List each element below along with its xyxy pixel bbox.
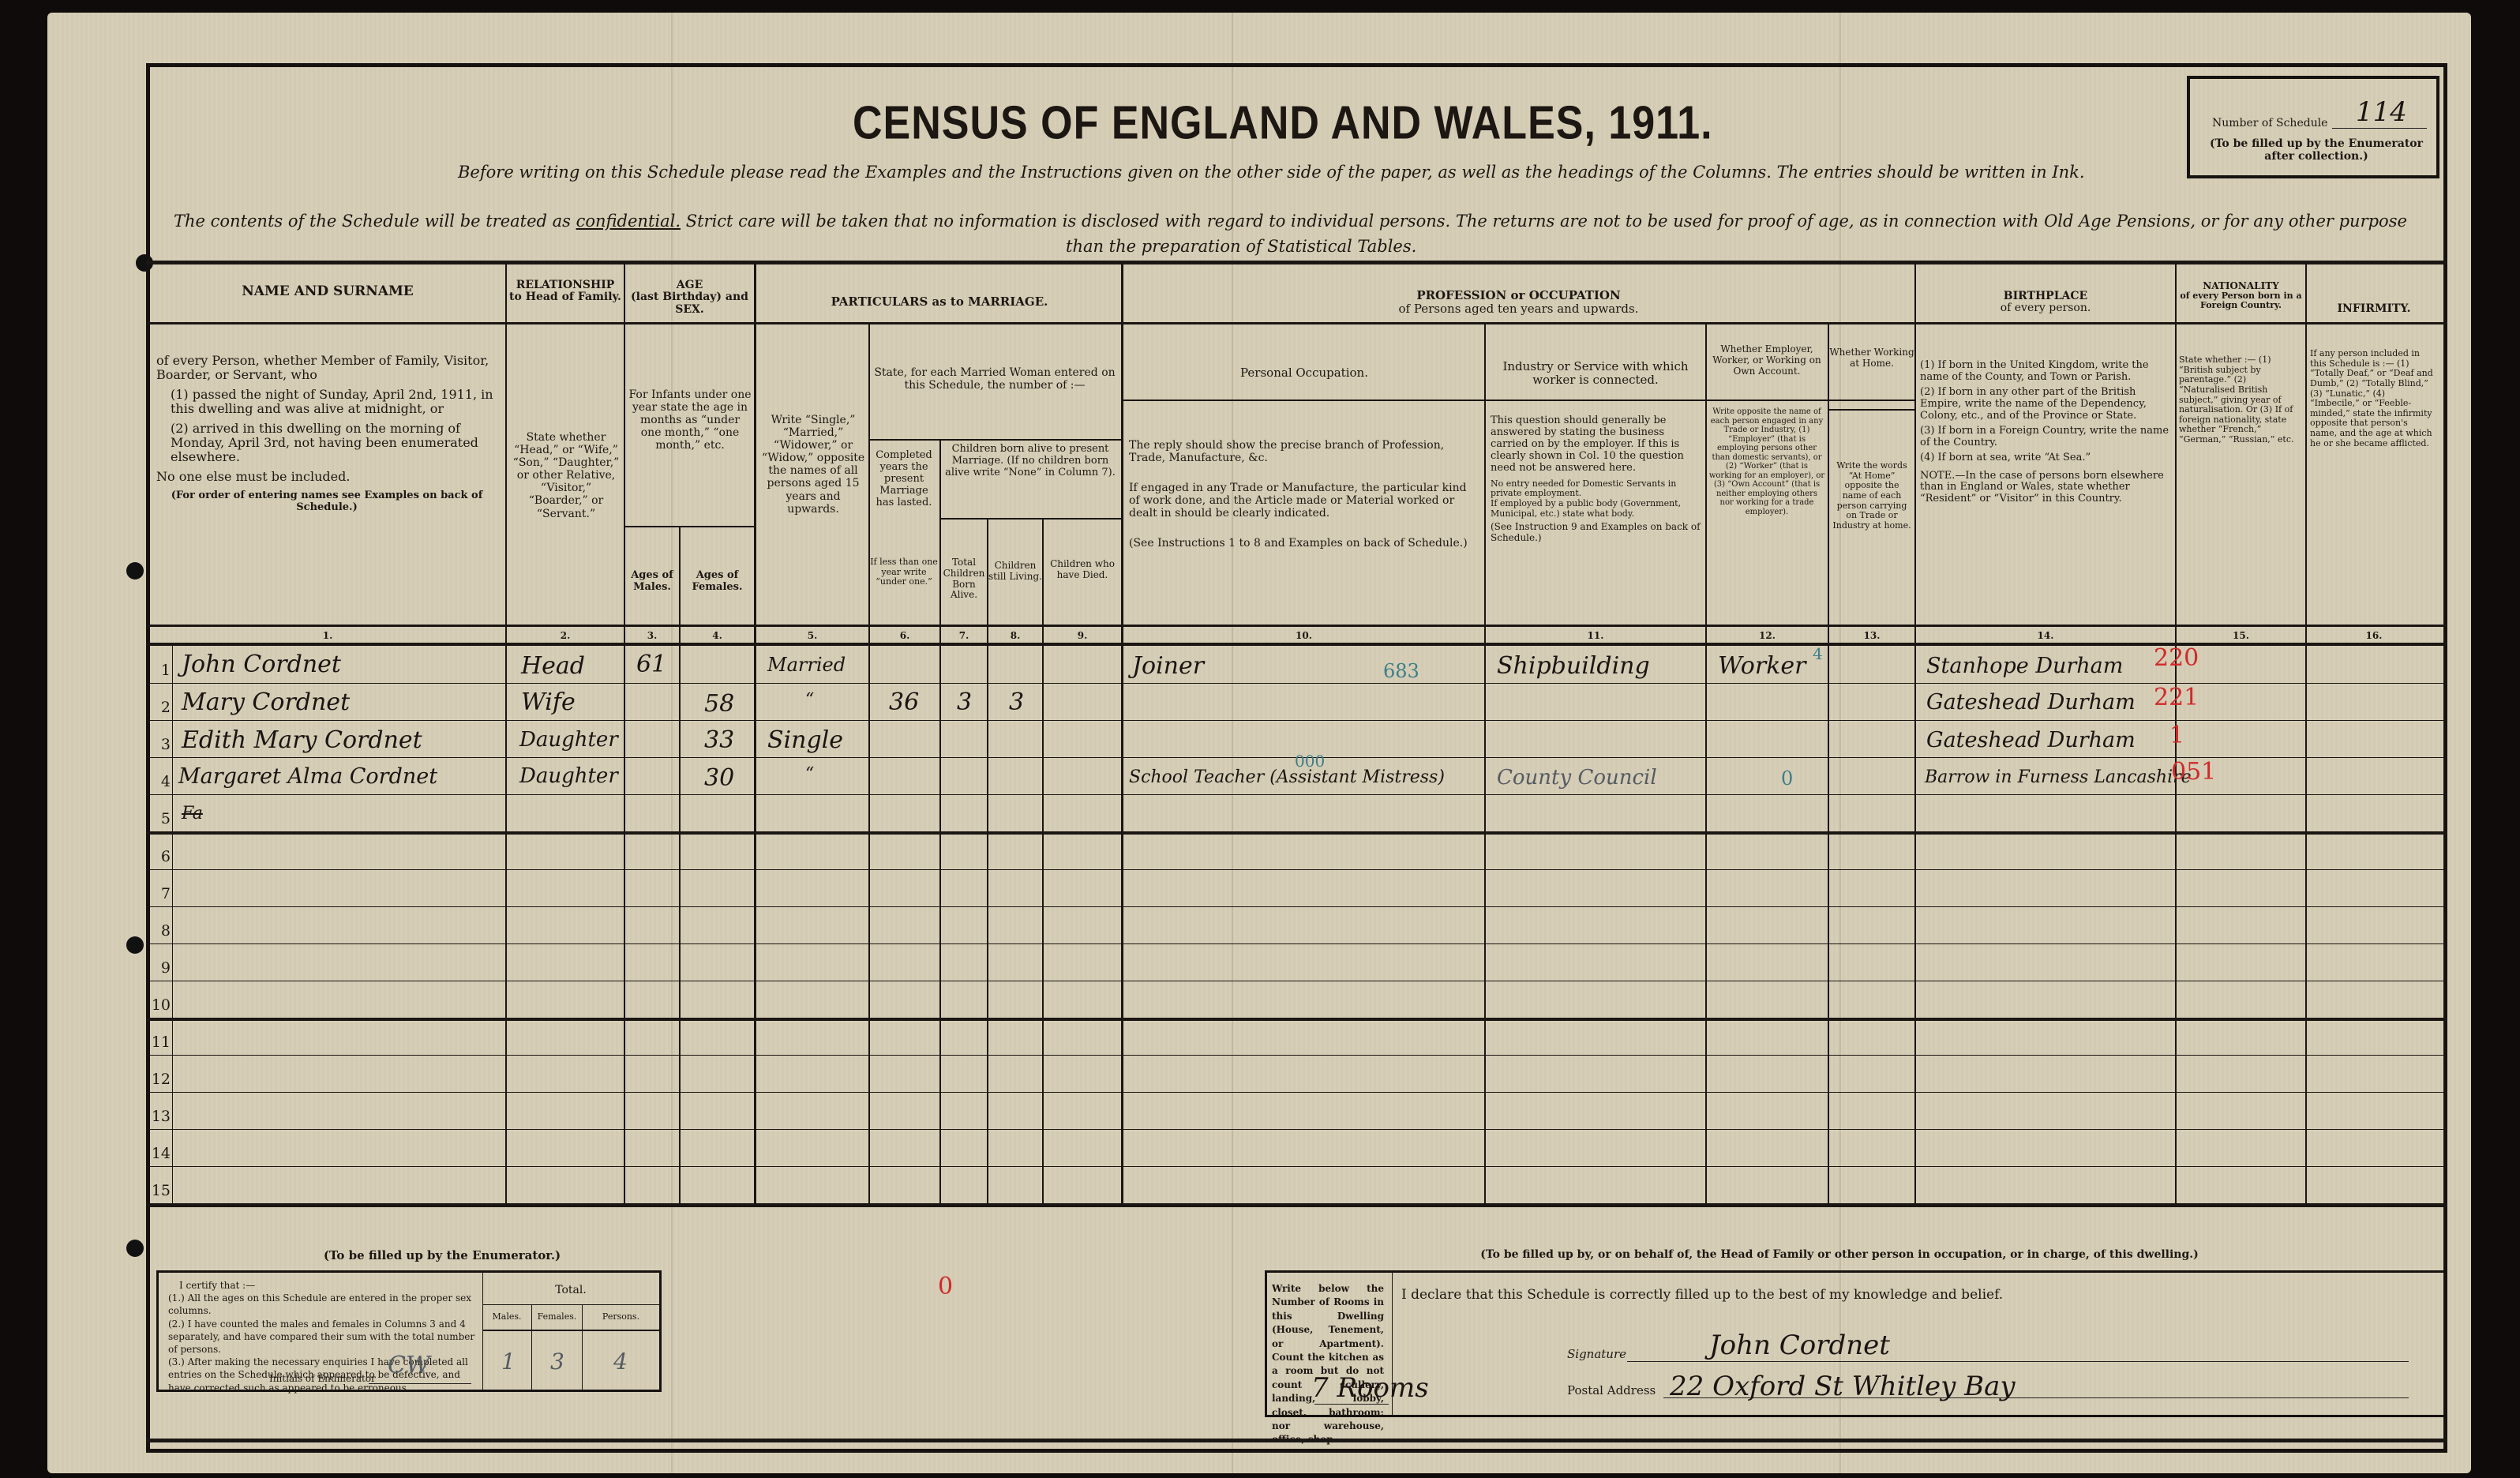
head-of-family-heading: (To be filled up by, or on behalf of, th… [1279,1249,2400,1261]
cell-relationship[interactable]: Wife [521,688,576,716]
cell-birthplace[interactable]: Gateshead Durham [1926,728,2136,752]
header-children-died: Children who have Died. [1044,559,1121,581]
red-check-mark: 0 [938,1273,953,1300]
sub-rule [1121,400,1914,401]
punch-hole-icon [126,936,144,954]
cell-marriage[interactable]: Married [767,654,846,676]
females-label: Females. [532,1312,582,1322]
rooms-value[interactable]: 7 Rooms [1311,1372,1429,1404]
header-text: (3) If born in a Foreign Country, write … [1920,426,2171,449]
schedule-number-note: (To be filled up by the Enumerator after… [2206,137,2427,163]
cell-name[interactable]: Edith Mary Cordnet [182,726,422,754]
col-divider [1042,518,1044,1206]
cell-occupation[interactable]: School Teacher (Assistant Mistress) [1129,767,1445,787]
row-number: 8 [148,922,171,940]
punch-hole-icon [126,1240,144,1257]
header-infirmity-body: If any person included in this Schedule … [2310,349,2436,448]
box-divider [1392,1273,1393,1415]
col-divider [2305,262,2307,1206]
cell-age-female[interactable]: 58 [704,690,734,718]
column-number: 11. [1486,630,1705,641]
bottom-rule [146,1439,2447,1442]
cell-years-married[interactable]: 36 [889,688,919,716]
schedule-number-value[interactable]: 114 [2356,96,2407,128]
row-number: 5 [148,810,171,827]
sub-rule [868,439,1121,441]
schedule-number-line [2332,128,2427,129]
cell-children-born[interactable]: 3 [957,688,972,716]
confidential-text: The contents of the Schedule will be tre… [174,212,576,231]
cell-age-female[interactable]: 30 [704,764,734,792]
table-top-rule [146,261,2447,264]
cell-relationship[interactable]: Daughter [519,728,618,752]
cell-employer-code: 4 [1813,644,1823,663]
header-marriage-completed-note: If less than one year write “under one.” [870,557,938,587]
row-rule-thick [146,831,2447,835]
column-number: 9. [1044,630,1121,641]
header-marriage-write: Write “Single,” “Married,” “Widower,” or… [761,414,865,516]
head-of-family-box: Write below the Number of Rooms in this … [1265,1270,2447,1417]
column-number: 15. [2177,630,2305,641]
signature-value[interactable]: John Cordnet [1709,1330,1890,1361]
cell-birthplace-code: 220 [2154,644,2199,672]
cell-industry[interactable]: County Council [1497,766,1657,790]
column-number: 12. [1707,630,1828,641]
males-label: Males. [482,1312,531,1322]
header-relationship-body: State whether “Head,” or “Wife,” “Son,” … [512,431,621,520]
header-employer: Whether Employer, Worker, or Working on … [1707,344,1827,377]
header-text: (For order of entering names see Example… [156,490,497,514]
row-rule [146,1055,2447,1056]
header-personal-occupation: Personal Occupation. [1124,366,1484,380]
col-divider [505,262,507,1206]
header-text: RELATIONSHIP [507,279,624,291]
rooms-instruction: Write below the Number of Rooms in this … [1272,1282,1384,1447]
header-children-living: Children still Living. [988,561,1042,583]
cell-name[interactable]: Margaret Alma Cordnet [178,764,437,789]
rooms-line [1314,1404,1389,1405]
row-number: 15 [148,1182,171,1199]
row-number: 11 [148,1033,171,1051]
address-label: Postal Address [1567,1383,1656,1397]
header-text: to Head of Family. [507,291,624,303]
row-rule [146,1129,2447,1130]
col-divider [987,518,988,1206]
cell-marriage[interactable]: “ [805,690,814,710]
header-text: (See Instruction 9 and Examples on back … [1491,522,1701,544]
initials-value[interactable]: CW [388,1352,430,1379]
cell-age-female[interactable]: 33 [704,726,734,754]
row-rule [146,1166,2447,1167]
header-bottom-rule [146,625,2447,627]
cell-relationship[interactable]: Daughter [519,764,618,788]
cell-birthplace-code: 1 [2169,722,2184,749]
cell-birthplace[interactable]: Stanhope Durham [1926,654,2123,678]
col-divider [679,526,681,1206]
cell-relationship[interactable]: Head [521,652,585,680]
sub-rule [1828,409,1914,411]
row-rule [146,869,2447,870]
row-number: 14 [148,1145,171,1162]
row-rule [146,683,2447,684]
cell-marriage[interactable]: Single [767,726,843,754]
cell-birthplace-code: 051 [2171,758,2216,786]
header-relationship: RELATIONSHIP to Head of Family. [507,279,624,304]
cell-name[interactable]: Mary Cordnet [182,688,350,716]
table-bottom-rule [146,1203,2447,1207]
address-value[interactable]: 22 Oxford St Whitley Bay [1670,1371,2016,1402]
header-text: This question should generally be answer… [1491,415,1701,475]
cell-industry[interactable]: Shipbuilding [1497,652,1650,680]
confidential-word: confidential. [576,212,681,231]
confidential-text: Strict care will be taken that no inform… [681,212,2407,231]
row-rule [146,943,2447,944]
column-number: 1. [150,630,505,641]
header-text: of every person. [1916,302,2175,314]
column-number: 4. [681,630,754,641]
col-divider [1484,324,1486,1206]
row-rule [146,1092,2447,1093]
header-text: PROFESSION or OCCUPATION [1123,289,1914,302]
header-birthplace: BIRTHPLACE of every person. [1916,291,2175,315]
header-age: AGE (last Birthday) and SEX. [625,279,754,316]
instruction-line: Before writing on this Schedule please r… [458,163,2085,182]
column-number: 5. [756,630,868,641]
header-occupation: PROFESSION or OCCUPATION of Persons aged… [1123,289,1914,315]
header-text: If engaged in any Trade or Manufacture, … [1129,482,1479,520]
column-number: 2. [507,630,624,641]
column-number: 8. [988,630,1042,641]
header-text: of every Person born in a Foreign Countr… [2177,291,2305,310]
header-text: (See Instructions 1 to 8 and Examples on… [1129,537,1479,550]
cell-employer[interactable]: 0 [1781,767,1793,790]
cell-occupation[interactable]: Joiner [1132,652,1204,680]
row-number: 7 [148,885,171,902]
schedule-number-label: Number of Schedule [2212,117,2327,129]
header-children-total: Total Children Born Alive. [941,557,987,601]
header-text: No one else must be included. [156,470,497,484]
row-number: 10 [148,996,171,1014]
row-number: 4 [148,773,171,790]
females-total[interactable]: 3 [550,1349,564,1375]
header-industry: Industry or Service with which worker is… [1487,360,1704,388]
row-number: 1 [148,662,171,679]
header-text: The reply should show the precise branch… [1129,439,1479,464]
header-industry-body: This question should generally be answer… [1491,415,1701,544]
header-text: AGE [625,279,754,291]
col-divider [1828,324,1829,1206]
header-text: of Persons aged ten years and upwards. [1123,302,1914,316]
enumerator-heading: (To be filled up by the Enumerator.) [276,1249,608,1262]
header-employer-body: Write opposite the name of each person e… [1708,407,1825,516]
persons-total[interactable]: 4 [613,1349,628,1375]
box-rule [482,1330,659,1331]
certify-text: I certify that :— [168,1279,476,1292]
header-text: (4) If born at sea, write “At Sea.” [1920,452,2171,464]
confidential-line-end: than the preparation of Statistical Tabl… [1066,237,1416,256]
header-nationality-body: State whether :— (1) “British subject by… [2179,355,2302,445]
header-age-males: Ages of Males. [625,570,679,594]
cell-occupation-code: 000 [1295,752,1325,771]
header-infirmity: INFIRMITY. [2307,303,2441,315]
header-home-body: Write the words “At Home” opposite the n… [1832,461,1912,531]
header-rule [146,322,2447,324]
confidential-line: The contents of the Schedule will be tre… [174,212,2407,231]
row-number: 13 [148,1108,171,1125]
row-rule [146,794,2447,795]
header-marriage-children: Children born alive to present Marriage.… [943,444,1118,479]
column-number: 3. [625,630,679,641]
column-number: 10. [1123,630,1484,641]
header-text: No entry needed for Domestic Servants in… [1491,479,1701,499]
cell-occupation-code: 683 [1383,660,1419,682]
schedule-number-box: Number of Schedule 114 (To be filled up … [2187,76,2439,178]
cell-children-living[interactable]: 3 [1009,688,1024,716]
punch-hole-icon [126,562,144,580]
header-text: (2) arrived in this dwelling on the morn… [156,422,497,465]
header-personal-body: The reply should show the precise branch… [1129,439,1479,550]
header-text: If employed by a public body (Government… [1491,499,1701,519]
box-rule [482,1304,659,1305]
cell-birthplace[interactable]: Barrow in Furness Lancashire [1925,767,2192,787]
row-number: 2 [148,699,171,716]
sub-rule [939,518,1121,520]
header-text: (1) If born in the United Kingdom, write… [1920,360,2171,384]
header-age-body: For Infants under one year state the age… [628,388,752,452]
header-text: (2) If born in any other part of the Bri… [1920,387,2171,422]
cell-marriage[interactable]: “ [805,764,814,784]
col-divider [939,439,941,1206]
column-number: 16. [2307,630,2441,641]
column-number-rule [146,643,2447,646]
row-rule [146,720,2447,721]
header-text: of every Person, whether Member of Famil… [156,354,497,383]
column-number: 6. [870,630,939,641]
signature-line [1627,1361,2409,1362]
header-birthplace-body: (1) If born in the United Kingdom, write… [1920,360,2171,505]
header-name: NAME AND SURNAME [150,284,505,299]
header-marriage-state: State, for each Married Woman entered on… [872,366,1118,392]
row-rule [146,906,2447,907]
initials-line [369,1383,471,1384]
col-divider [1121,262,1123,1206]
row-rule-thick [146,1018,2447,1021]
col-divider [624,262,625,1206]
certify-item: (1.) All the ages on this Schedule are e… [168,1292,476,1317]
row-number: 3 [148,736,171,753]
header-name-body: of every Person, whether Member of Famil… [156,354,497,514]
header-marriage: PARTICULARS as to MARRIAGE. [758,295,1121,309]
certify-item: (2.) I have counted the males and female… [168,1318,476,1356]
row-number: 6 [148,848,171,865]
page-title: CENSUS OF ENGLAND AND WALES, 1911. [853,96,1713,151]
declaration: I declare that this Schedule is correctl… [1401,1287,2003,1303]
cell-employer[interactable]: Worker [1718,652,1806,680]
header-home: Whether Working at Home. [1829,347,1914,369]
cell-birthplace-code: 221 [2154,684,2199,711]
header-age-females: Ages of Females. [681,570,754,594]
header-text: (1) passed the night of Sunday, April 2n… [156,388,497,417]
cell-name[interactable]: John Cordnet [182,651,341,678]
signature-label: Signature [1567,1347,1626,1361]
enumerator-box: I certify that :— (1.) All the ages on t… [156,1270,662,1392]
row-number: 9 [148,959,171,977]
header-text: BIRTHPLACE [1916,291,2175,302]
persons-label: Persons. [583,1312,659,1322]
cell-age-male[interactable]: 61 [636,651,666,678]
sub-rule [624,526,754,527]
col-divider [1914,262,1916,1206]
males-total[interactable]: 1 [501,1349,516,1375]
column-number: 7. [941,630,987,641]
col-divider [754,262,756,1206]
cell-birthplace[interactable]: Gateshead Durham [1926,690,2136,715]
column-number: 14. [1916,630,2175,641]
header-text: (last Birthday) and SEX. [625,291,754,316]
initials-label: Initials of Enumerator [269,1374,376,1385]
cell-name-struck[interactable]: Fa [182,804,203,823]
header-nationality: NATIONALITY of every Person born in a Fo… [2177,281,2305,310]
column-number: 13. [1829,630,1914,641]
census-schedule-page: CENSUS OF ENGLAND AND WALES, 1911. Befor… [47,13,2471,1473]
total-label: Total. [482,1284,659,1296]
row-number-divider [172,646,173,1206]
col-divider [1705,324,1707,1206]
row-number: 12 [148,1071,171,1088]
header-text: NOTE.—In the case of persons born elsewh… [1920,471,2171,506]
row-rule [146,981,2447,981]
header-marriage-completed: Completed years the present Marriage has… [870,450,938,509]
